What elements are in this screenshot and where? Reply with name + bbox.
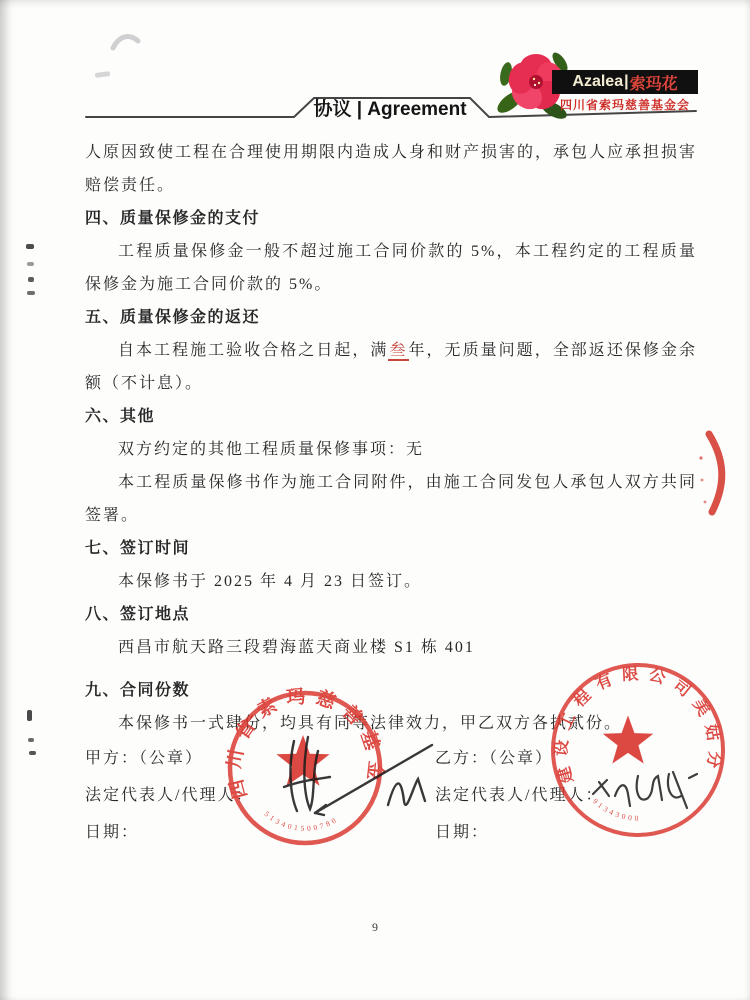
text-span: 额（不计息）。	[85, 375, 203, 392]
text-line: 本保修书于 2025 年 4 月 23 日签订。	[85, 565, 697, 598]
text-line: 签署。	[85, 499, 697, 532]
text-line: 保修金为施工合同价款的 5%。	[85, 268, 697, 301]
text-span: 赔偿责任。	[85, 177, 175, 194]
filled-in-text: 叁	[388, 342, 408, 361]
text-span: 自本工程施工验收合格之日起，满	[118, 342, 388, 359]
logo-chinese: 索玛花	[630, 71, 678, 94]
text-line: 本工程质量保修书作为施工合同附件，由施工合同发包人承包人双方共同	[85, 466, 697, 499]
binding-mark	[28, 277, 34, 282]
section-heading: 六、其他	[85, 400, 697, 433]
edge-seal-fragment	[693, 422, 743, 527]
section-heading: 七、签订时间	[85, 532, 697, 565]
foundation-logo: Azalea|索玛花 四川省索玛慈善基金会	[488, 42, 700, 124]
binding-mark	[27, 710, 32, 721]
text-span: 西昌市航天路三段碧海蓝天商业楼 S1 栋 401	[118, 639, 475, 656]
scan-artifact-mark	[110, 30, 146, 58]
text-line: 工程质量保修金一般不超过施工合同价款的 5%，本工程约定的工程质量	[85, 235, 697, 268]
scanned-agreement-page: 协议 | Agreement Azalea|索玛花 四川省索玛慈善基金会 人原因…	[0, 0, 750, 1000]
section-heading: 五、质量保修金的返还	[85, 301, 697, 334]
scan-artifact-dash	[95, 71, 110, 78]
text-span: 人原因致使工程在合理使用期限内造成人身和财产损害的，承包人应承担损害	[85, 144, 697, 161]
text-span: 保修金为施工合同价款的 5%。	[85, 276, 332, 293]
text-line: 双方约定的其他工程质量保修事项：无	[85, 433, 697, 466]
text-span: 年，无质量问题，全部返还保修金余	[409, 342, 697, 359]
text-span: 双方约定的其他工程质量保修事项：无	[118, 441, 424, 458]
binding-mark	[27, 291, 35, 295]
text-line: 自本工程施工验收合格之日起，满叁年，无质量问题，全部返还保修金余	[85, 334, 697, 367]
binding-mark	[28, 738, 34, 742]
logo-org-name: 四川省索玛慈善基金会	[548, 96, 702, 113]
page-number: 9	[330, 920, 420, 935]
signature-label-left: 甲方：（公章）	[85, 750, 203, 767]
section-heading: 八、签订地点	[85, 598, 697, 631]
text-span: 签署。	[85, 507, 139, 524]
party-a-signature	[260, 725, 450, 825]
binding-mark	[26, 244, 34, 249]
section-heading: 四、质量保修金的支付	[85, 202, 697, 235]
signature-label-left: 日期：	[85, 824, 139, 841]
signature-label-right: 乙方：（公章）	[435, 740, 553, 777]
logo-wordmark: Azalea|索玛花	[552, 70, 698, 94]
text-line: 额（不计息）。	[85, 367, 697, 400]
page-title: 协议 | Agreement	[290, 94, 490, 118]
text-span: 工程质量保修金一般不超过施工合同价款的 5%，本工程约定的工程质量	[118, 243, 697, 260]
text-span: 本保修书于 2025 年 4 月 23 日签订。	[118, 573, 422, 590]
party-b-signature	[585, 760, 700, 820]
text-span: 本工程质量保修书作为施工合同附件，由施工合同发包人承包人双方共同	[118, 474, 697, 491]
text-line: 赔偿责任。	[85, 169, 697, 202]
binding-mark	[27, 262, 34, 266]
binding-mark	[29, 751, 36, 755]
logo-latin: Azalea	[572, 73, 623, 91]
text-line: 人原因致使工程在合理使用期限内造成人身和财产损害的，承包人应承担损害	[85, 136, 697, 169]
